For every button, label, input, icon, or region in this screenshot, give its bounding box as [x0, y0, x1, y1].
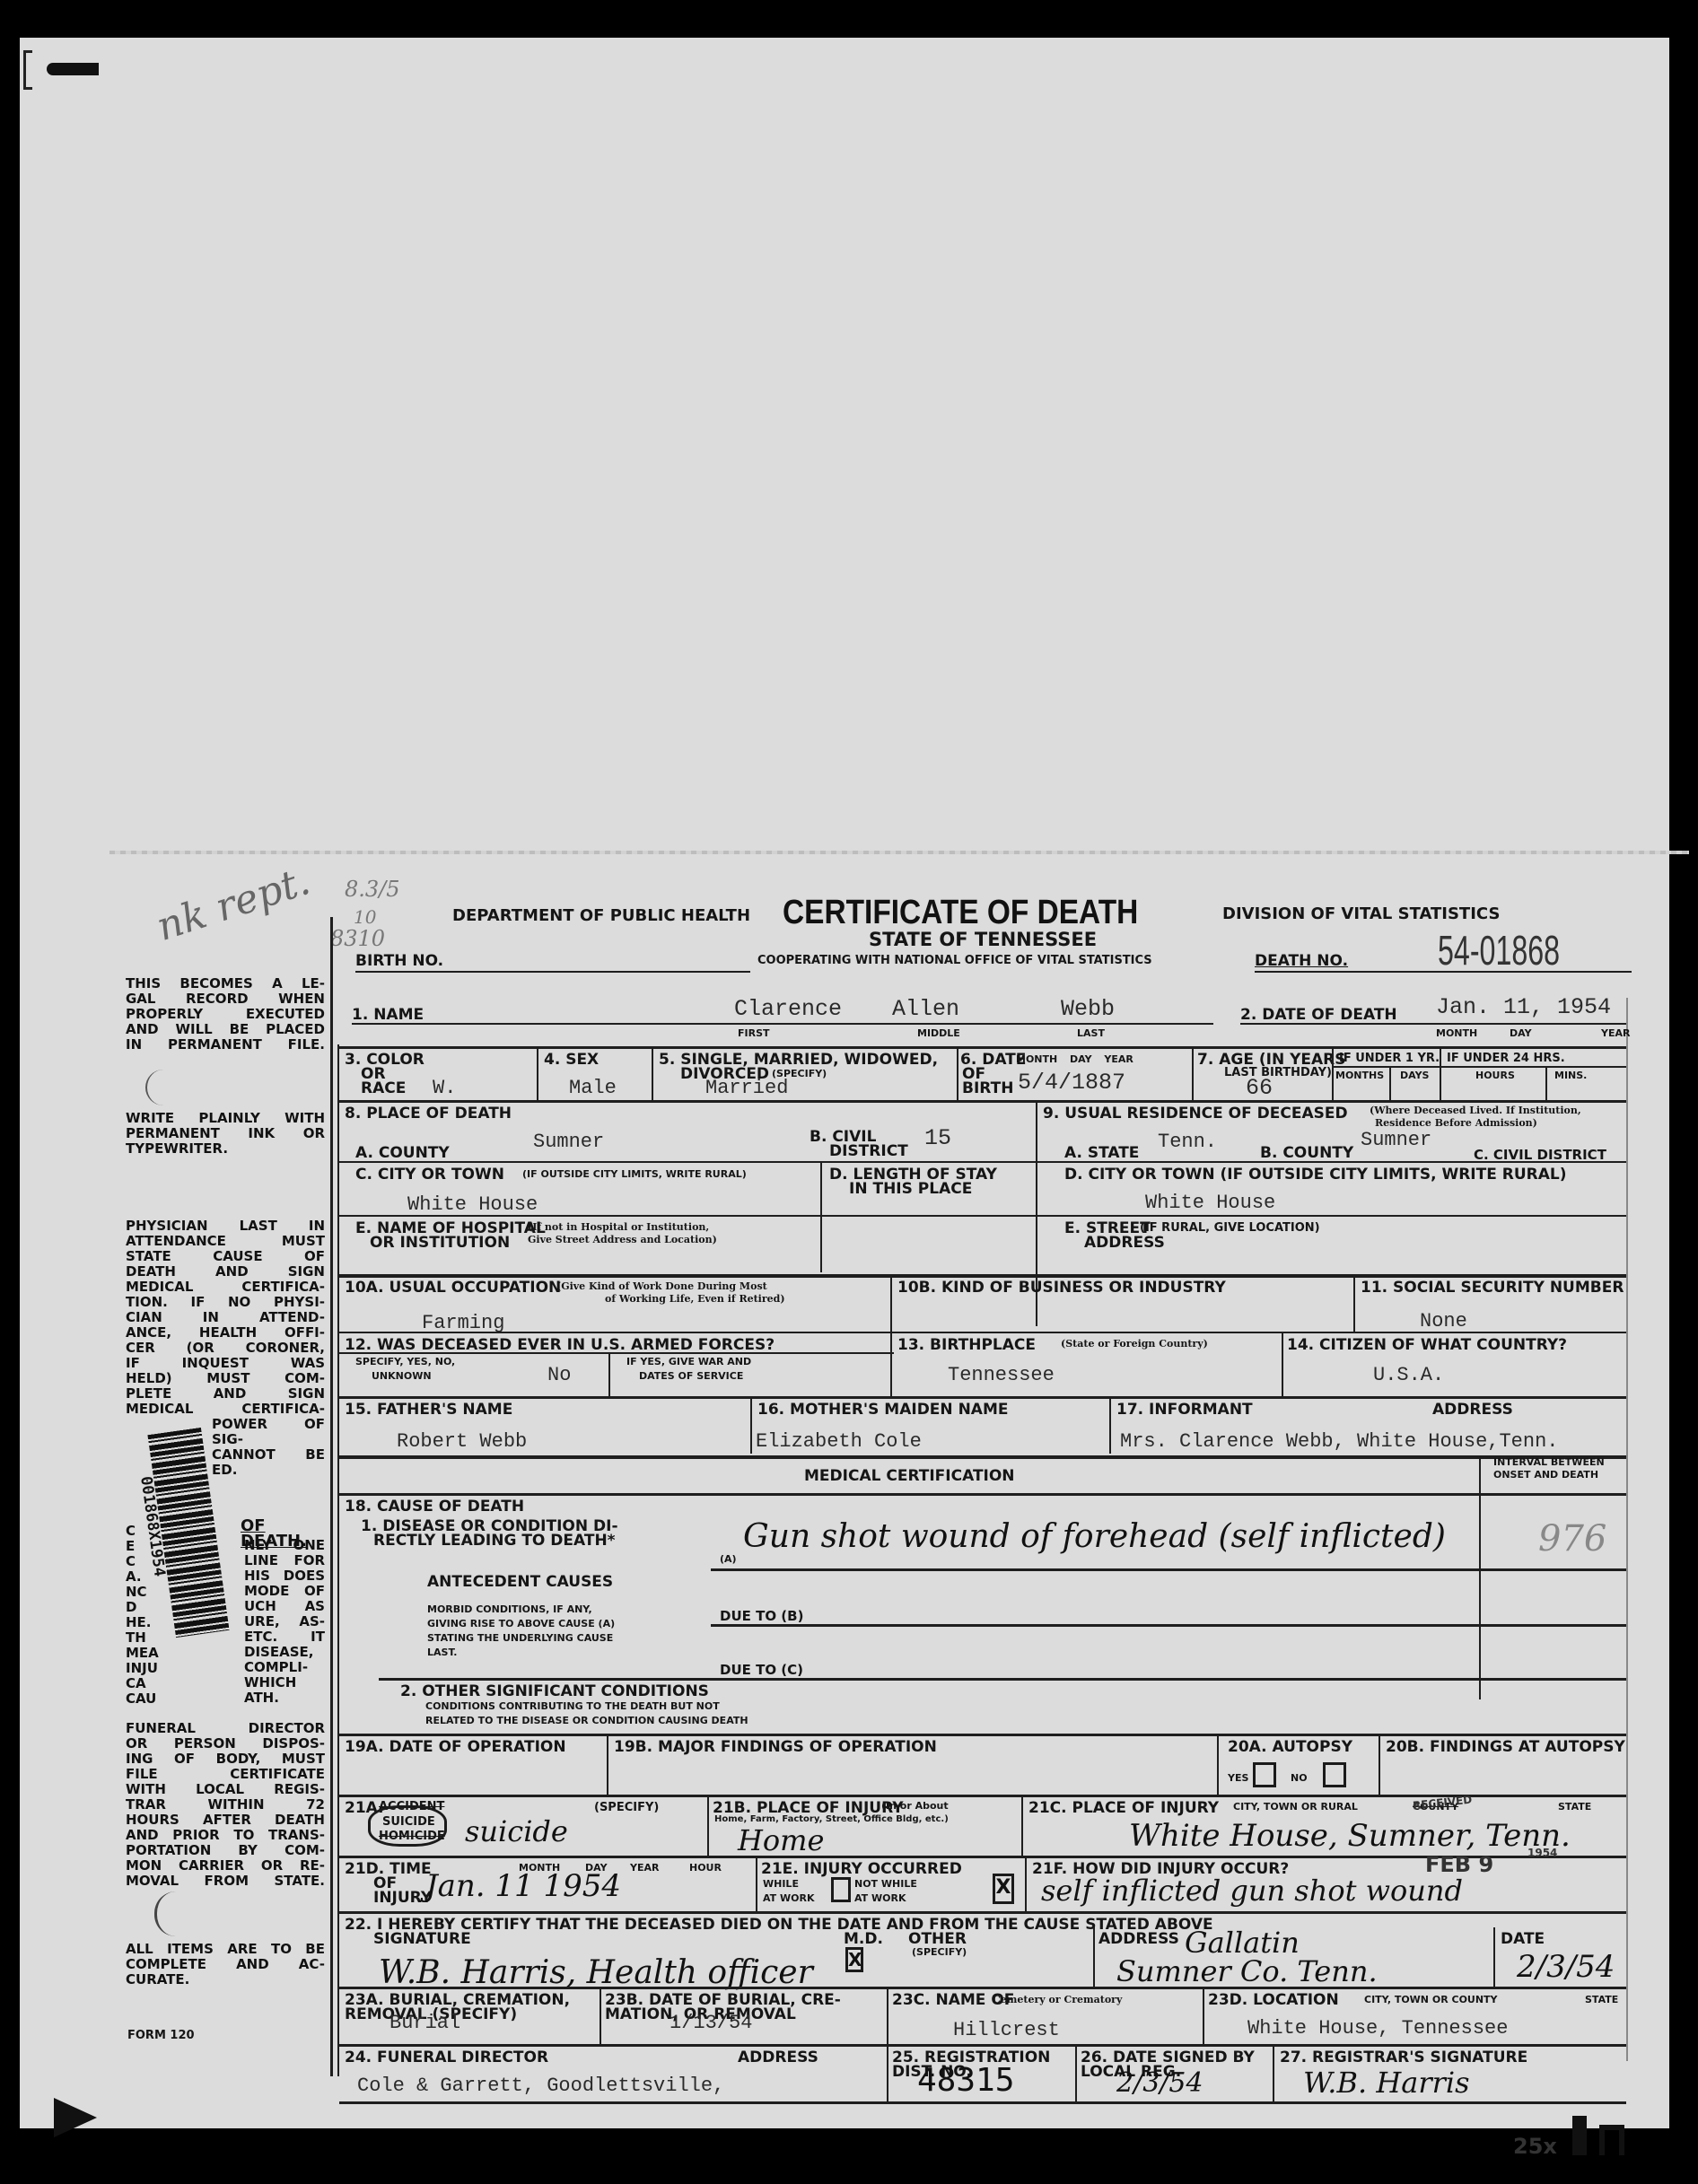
fold-line	[109, 851, 1689, 854]
row3-top	[339, 1046, 1626, 1049]
divider	[707, 1795, 709, 1856]
divider	[1353, 1276, 1355, 1332]
date-of-death-value: Jan. 11, 1954	[1436, 994, 1611, 1020]
cert-date-label: DATE	[1501, 1931, 1545, 1947]
divider	[537, 1048, 538, 1100]
divider	[339, 1332, 1626, 1333]
civil-value: 15	[924, 1125, 951, 1151]
interval-label-2: ONSET AND DEATH	[1493, 1470, 1598, 1481]
department-label: DEPARTMENT OF PUBLIC HEALTH	[452, 908, 750, 924]
divider	[711, 1624, 1626, 1627]
death-number: 54-01868	[1438, 926, 1560, 974]
certificate-title: CERTIFICATE OF DEATH	[783, 894, 1138, 932]
how-value: self inflicted gun shot wound	[1041, 1874, 1463, 1908]
divider	[1332, 1048, 1334, 1100]
cert-date-value: 2/3/54	[1517, 1949, 1615, 1985]
not-while-work-2: AT WORK	[854, 1893, 906, 1904]
first-sub: FIRST	[738, 1028, 770, 1039]
received-stamp-year: 1954	[1527, 1847, 1557, 1859]
residence-note-2: Residence Before Admission)	[1375, 1118, 1537, 1129]
cause-a-value: Gun shot wound of forehead (self inflict…	[743, 1518, 1446, 1555]
director-value: Cole & Garrett, Goodlettsville,	[357, 2075, 724, 2097]
divider	[711, 1568, 1626, 1571]
director-label: 24. FUNERAL DIRECTOR	[345, 2049, 548, 2066]
under-1yr-label: IF UNDER 1 YR.	[1339, 1053, 1440, 1065]
occurred-label: 21E. INJURY OCCURRED	[761, 1861, 962, 1877]
morbid-1: MORBID CONDITIONS, IF ANY,	[427, 1604, 592, 1615]
op-findings-label: 19B. MAJOR FINDINGS OF OPERATION	[614, 1739, 937, 1755]
hospital-note-2: Give Street Address and Location)	[528, 1235, 717, 1245]
divider	[1217, 1734, 1219, 1795]
form-number: FORM 120	[127, 2030, 195, 2042]
row19-top	[339, 1734, 1626, 1736]
citizen-label: 14. CITIZEN OF WHAT COUNTRY?	[1287, 1337, 1567, 1353]
signature-label: SIGNATURE	[373, 1931, 471, 1947]
autopsy-no-checkbox[interactable]	[1323, 1762, 1346, 1787]
city-label: C. CITY OR TOWN	[355, 1166, 504, 1183]
citizen-value: U.S.A.	[1373, 1364, 1444, 1386]
sidebar-cause-note: NLY ONELINE FORHIS DOESMODE OFUCH ASURE,…	[244, 1538, 325, 1706]
mother-label: 16. MOTHER'S MAIDEN NAME	[757, 1402, 1008, 1418]
form-bottom	[339, 2101, 1626, 2104]
occupation-note-2: of Working Life, Even if Retired)	[605, 1294, 785, 1305]
place21c-value: White House, Sumner, Tenn.	[1129, 1818, 1571, 1854]
time-value: Jan. 11 1954	[425, 1868, 621, 1904]
middle-sub: MIDDLE	[917, 1028, 960, 1039]
mins-label: MINS.	[1554, 1070, 1587, 1081]
birthplace-value: Tennessee	[948, 1364, 1055, 1386]
divider	[1379, 1734, 1380, 1795]
op-date-label: 19A. DATE OF OPERATION	[345, 1739, 566, 1755]
birthplace-note: (State or Foreign Country)	[1061, 1339, 1208, 1350]
divider	[608, 1353, 610, 1396]
birth-no-label: BIRTH NO.	[355, 953, 443, 969]
divider	[1493, 1927, 1495, 1987]
hospital-label-2: OR INSTITUTION	[370, 1235, 510, 1251]
hours-label: HOURS	[1475, 1070, 1515, 1081]
reduction-stamp: 25x	[1513, 2134, 1557, 2159]
divider	[890, 1332, 892, 1396]
divider	[600, 1987, 601, 2044]
divider	[957, 1048, 958, 1100]
color-value: W.	[433, 1077, 456, 1099]
registration-value: 48315	[917, 2062, 1014, 2099]
cause-a-marker: (A)	[720, 1554, 737, 1565]
division-label: DIVISION OF VITAL STATISTICS	[1222, 906, 1500, 922]
sidebar-all-items: ALL ITEMS ARE TO BECOMPLETE AND AC-CURAT…	[126, 1942, 325, 1987]
antecedent-label: ANTECEDENT CAUSES	[427, 1574, 613, 1590]
row8-top	[339, 1100, 1626, 1103]
received-stamp-date: FEB 9	[1425, 1852, 1493, 1877]
last-name-value: Webb	[1061, 996, 1115, 1022]
under-24hr-label: IF UNDER 24 HRS.	[1447, 1053, 1565, 1065]
signed-value: 2/3/54	[1116, 2067, 1203, 2099]
form-right-border	[1626, 998, 1628, 2061]
armed-specify-1: SPECIFY, YES, NO,	[355, 1357, 455, 1367]
res-state-value: Tenn.	[1158, 1131, 1217, 1153]
divider	[1093, 1927, 1095, 1987]
location-label: 23D. LOCATION	[1208, 1992, 1339, 2008]
pencil-number-3: 8310	[330, 926, 385, 951]
divider	[379, 1678, 1626, 1681]
film-marker-bar	[47, 63, 99, 75]
md-label: M.D.	[844, 1931, 883, 1947]
divider	[339, 2044, 1626, 2047]
film-marker-box-bottom	[1599, 2125, 1624, 2155]
autopsy-yes-label: YES	[1228, 1773, 1248, 1784]
paren-mark-2	[154, 1891, 176, 1936]
mother-value: Elizabeth Cole	[756, 1430, 922, 1453]
place21c-state-sub: STATE	[1558, 1802, 1591, 1813]
date-of-death-label: 2. DATE OF DEATH	[1240, 1007, 1397, 1023]
registrar-signature: W.B. Harris	[1303, 2066, 1470, 2100]
ssn-value: None	[1420, 1310, 1467, 1332]
days-label: DAYS	[1400, 1070, 1429, 1081]
hospital-note-1: (If not in Hospital or Institution,	[528, 1222, 709, 1233]
place-injury-value: Home	[738, 1823, 824, 1857]
divider	[756, 1856, 757, 1911]
pencil-number-2: 10	[354, 906, 376, 928]
other-note-1: CONDITIONS CONTRIBUTING TO THE DEATH BUT…	[425, 1701, 720, 1712]
father-value: Robert Webb	[397, 1430, 527, 1453]
director-address-label: ADDRESS	[738, 2049, 818, 2066]
city-value: White House	[407, 1193, 538, 1216]
md-checkbox[interactable]: X	[845, 1947, 863, 1972]
age-value: 66	[1246, 1075, 1273, 1101]
armed-specify-2: UNKNOWN	[372, 1371, 432, 1382]
certificate-page: nk rept. 8.3/5 10 8310 THIS BECOMES A LE…	[20, 38, 1669, 2128]
divider	[1203, 1987, 1204, 2044]
morbid-2: GIVING RISE TO ABOVE CAUSE (A)	[427, 1619, 615, 1629]
autopsy-findings-label: 20B. FINDINGS AT AUTOPSY	[1386, 1739, 1625, 1755]
disposition-value: Burial	[389, 2012, 460, 2034]
certify-label: 22. I HEREBY CERTIFY THAT THE DECEASED D…	[345, 1917, 1213, 1933]
due-to-b-label: DUE TO (B)	[720, 1608, 803, 1624]
interval-label-1: INTERVAL BETWEEN	[1493, 1457, 1605, 1468]
divider	[1440, 1048, 1441, 1100]
film-marker-bracket	[23, 50, 32, 90]
divider	[887, 2044, 888, 2101]
divider	[887, 1987, 888, 2044]
interval-value: 976	[1538, 1518, 1606, 1559]
age-label-2: LAST BIRTHDAY)	[1224, 1067, 1332, 1079]
sex-value: Male	[569, 1077, 617, 1099]
autopsy-label: 20A. AUTOPSY	[1228, 1739, 1352, 1755]
occupation-note-1: (Give Kind of Work Done During Most	[556, 1281, 767, 1292]
sidebar-legal-record: THIS BECOMES A LE-GAL RECORD WHENPROPERL…	[126, 976, 325, 1053]
sidebar-write-plainly: WRITE PLAINLY WITHPERMANENT INK ORTYPEWR…	[126, 1111, 325, 1157]
informant-address-label: ADDRESS	[1432, 1402, 1513, 1418]
time-year-sub: YEAR	[630, 1863, 659, 1874]
informant-label: 17. INFORMANT	[1116, 1402, 1253, 1418]
cause-label: 18. CAUSE OF DEATH	[345, 1498, 524, 1515]
birthplace-label: 13. BIRTHPLACE	[897, 1337, 1036, 1353]
father-label: 15. FATHER'S NAME	[345, 1402, 512, 1418]
months-label: MONTHS	[1335, 1070, 1384, 1081]
divider	[1192, 1048, 1194, 1100]
divider	[1332, 1066, 1626, 1068]
registrar-label: 27. REGISTRAR'S SIGNATURE	[1280, 2049, 1527, 2066]
divider	[339, 1493, 1626, 1496]
divider	[890, 1276, 892, 1332]
other-conditions-label: 2. OTHER SIGNIFICANT CONDITIONS	[400, 1683, 709, 1699]
form-left-border	[330, 917, 333, 2076]
pencil-number-1: 8.3/5	[345, 877, 400, 902]
divider	[1545, 1066, 1547, 1100]
disease-label-2: RECTLY LEADING TO DEATH*	[373, 1533, 616, 1549]
time-label-3: INJURY	[373, 1890, 432, 1906]
name-line	[352, 1023, 1213, 1025]
divider	[1273, 2044, 1274, 2101]
divider	[1025, 1856, 1027, 1911]
dod-line	[1240, 1023, 1626, 1025]
res-county-label: B. COUNTY	[1260, 1145, 1353, 1161]
paren-mark	[145, 1070, 163, 1105]
civil-label-2: DISTRICT	[829, 1143, 908, 1159]
street-label-2: ADDRESS	[1084, 1235, 1165, 1251]
time-hour-sub: HOUR	[689, 1863, 722, 1874]
war-label-1: IF YES, GIVE WAR AND	[626, 1357, 751, 1367]
location-note: CITY, TOWN OR COUNTY	[1364, 1995, 1498, 2005]
place21c-label: 21C. PLACE OF INJURY	[1028, 1800, 1219, 1816]
divider	[339, 1215, 1626, 1217]
county-value: Sumner	[533, 1131, 604, 1153]
divider	[339, 1352, 894, 1354]
cemetery-value: Hillcrest	[953, 2019, 1060, 2041]
res-city-label: D. CITY OR TOWN (IF OUTSIDE CITY LIMITS,…	[1064, 1166, 1567, 1183]
row10-top	[339, 1274, 1626, 1278]
residence-label: 9. USUAL RESIDENCE OF DECEASED	[1043, 1105, 1348, 1122]
certifier-signature: W.B. Harris, Health officer	[379, 1954, 813, 1991]
film-marker-bar-bottom	[1572, 2116, 1587, 2155]
divider	[1075, 2044, 1077, 2101]
middle-name-value: Allen	[892, 996, 959, 1022]
war-label-2: DATES OF SERVICE	[639, 1371, 743, 1382]
divider	[339, 1911, 1626, 1914]
residence-note-1: (Where Deceased Lived. If Institution,	[1370, 1105, 1581, 1116]
cooperating-label: COOPERATING WITH NATIONAL OFFICE OF VITA…	[757, 955, 1152, 967]
street-note: (IF RURAL, GIVE LOCATION)	[1140, 1222, 1320, 1235]
while-work-2: AT WORK	[763, 1893, 814, 1904]
sex-label: 4. SEX	[544, 1052, 599, 1068]
last-sub: LAST	[1077, 1028, 1105, 1039]
divider	[652, 1048, 653, 1100]
other-specify: (SPECIFY)	[912, 1947, 967, 1958]
dod-month-sub: MONTH	[1436, 1028, 1477, 1039]
divider	[750, 1396, 752, 1454]
other-note-2: RELATED TO THE DISEASE OR CONDITION CAUS…	[425, 1716, 748, 1726]
while-at-work-checkbox[interactable]	[831, 1877, 851, 1902]
location-value: White House, Tennessee	[1247, 2017, 1508, 2040]
name-label: 1. NAME	[352, 1007, 424, 1023]
res-city-value: White House	[1145, 1192, 1275, 1214]
cert-address-line-2: Sumner Co. Tenn.	[1116, 1954, 1378, 1988]
informant-value: Mrs. Clarence Webb, White House,Tenn.	[1120, 1430, 1558, 1453]
color-label-3: RACE	[361, 1080, 406, 1096]
business-label: 10B. KIND OF BUSINESS OR INDUSTRY	[897, 1280, 1226, 1296]
armed-label: 12. WAS DECEASED EVER IN U.S. ARMED FORC…	[345, 1337, 775, 1353]
divider	[1282, 1332, 1283, 1396]
armed-value: No	[547, 1364, 571, 1386]
cemetery-note: Cemetery or Crematory	[993, 1995, 1122, 2005]
dod-day-sub: DAY	[1510, 1028, 1532, 1039]
sidebar-cause-note-left: CECA.NCDHE.THMEAINJUCACAU	[126, 1524, 165, 1707]
sidebar-funeral-note: FUNERAL DIRECTOROR PERSON DISPOS-ING OF …	[126, 1721, 325, 1889]
place-injury-note-1: (In or About	[881, 1801, 949, 1812]
county-label: A. COUNTY	[355, 1145, 450, 1161]
divider	[339, 1987, 1626, 1989]
res-state-label: A. STATE	[1064, 1145, 1139, 1161]
while-work-1: WHILE	[763, 1879, 799, 1890]
not-while-work-1: NOT WHILE	[854, 1879, 917, 1890]
marital-value: Married	[705, 1077, 788, 1099]
row15-top	[339, 1396, 1626, 1399]
due-to-c-label: DUE TO (C)	[720, 1662, 803, 1678]
play-arrow-icon	[54, 2098, 97, 2137]
stay-label-2: IN THIS PLACE	[849, 1181, 972, 1197]
first-name-value: Clarence	[734, 996, 842, 1022]
divider	[1389, 1066, 1391, 1100]
place21c-city-sub: CITY, TOWN OR RURAL	[1233, 1802, 1358, 1813]
city-note: (IF OUTSIDE CITY LIMITS, WRITE RURAL)	[522, 1169, 747, 1180]
dob-label-3: BIRTH	[962, 1080, 1013, 1096]
place-of-death-label: 8. PLACE OF DEATH	[345, 1105, 512, 1122]
handwritten-rept-note: nk rept.	[151, 858, 315, 950]
medical-heading: MEDICAL CERTIFICATION	[804, 1468, 1015, 1484]
dob-sub: MONTH DAY YEAR	[1016, 1054, 1133, 1065]
accident-opt-homicide: HOMICIDE	[379, 1830, 445, 1843]
divider	[1021, 1795, 1023, 1856]
morbid-3: STATING THE UNDERLYING CAUSE	[427, 1633, 613, 1644]
accident-specify: (SPECIFY)	[594, 1802, 659, 1814]
not-while-at-work-checkbox[interactable]: X	[993, 1874, 1014, 1904]
form-left-border-inner	[337, 1044, 339, 2076]
location-state-sub: STATE	[1585, 1995, 1618, 2005]
occupation-label: 10A. USUAL OCCUPATION	[345, 1280, 561, 1296]
other-label: OTHER	[908, 1931, 967, 1947]
burial-date-value: 1/13/54	[670, 2012, 752, 2034]
dob-value: 5/4/1887	[1018, 1070, 1125, 1096]
ssn-label: 11. SOCIAL SECURITY NUMBER	[1361, 1280, 1624, 1296]
autopsy-no-label: NO	[1291, 1773, 1308, 1784]
birth-no-line	[355, 971, 750, 973]
accident-value: suicide	[465, 1814, 568, 1848]
divider	[820, 1161, 822, 1272]
death-no-label: DEATH NO.	[1255, 953, 1348, 969]
state-label: STATE OF TENNESSEE	[869, 931, 1097, 948]
res-county-value: Sumner	[1361, 1129, 1431, 1151]
morbid-4: LAST.	[427, 1647, 457, 1658]
dod-year-sub: YEAR	[1601, 1028, 1630, 1039]
cert-address-label: ADDRESS	[1098, 1931, 1179, 1947]
divider	[1109, 1396, 1111, 1454]
autopsy-yes-checkbox[interactable]	[1253, 1762, 1276, 1787]
divider	[339, 1161, 1626, 1163]
medical-top	[339, 1455, 1626, 1459]
divider	[607, 1734, 608, 1795]
